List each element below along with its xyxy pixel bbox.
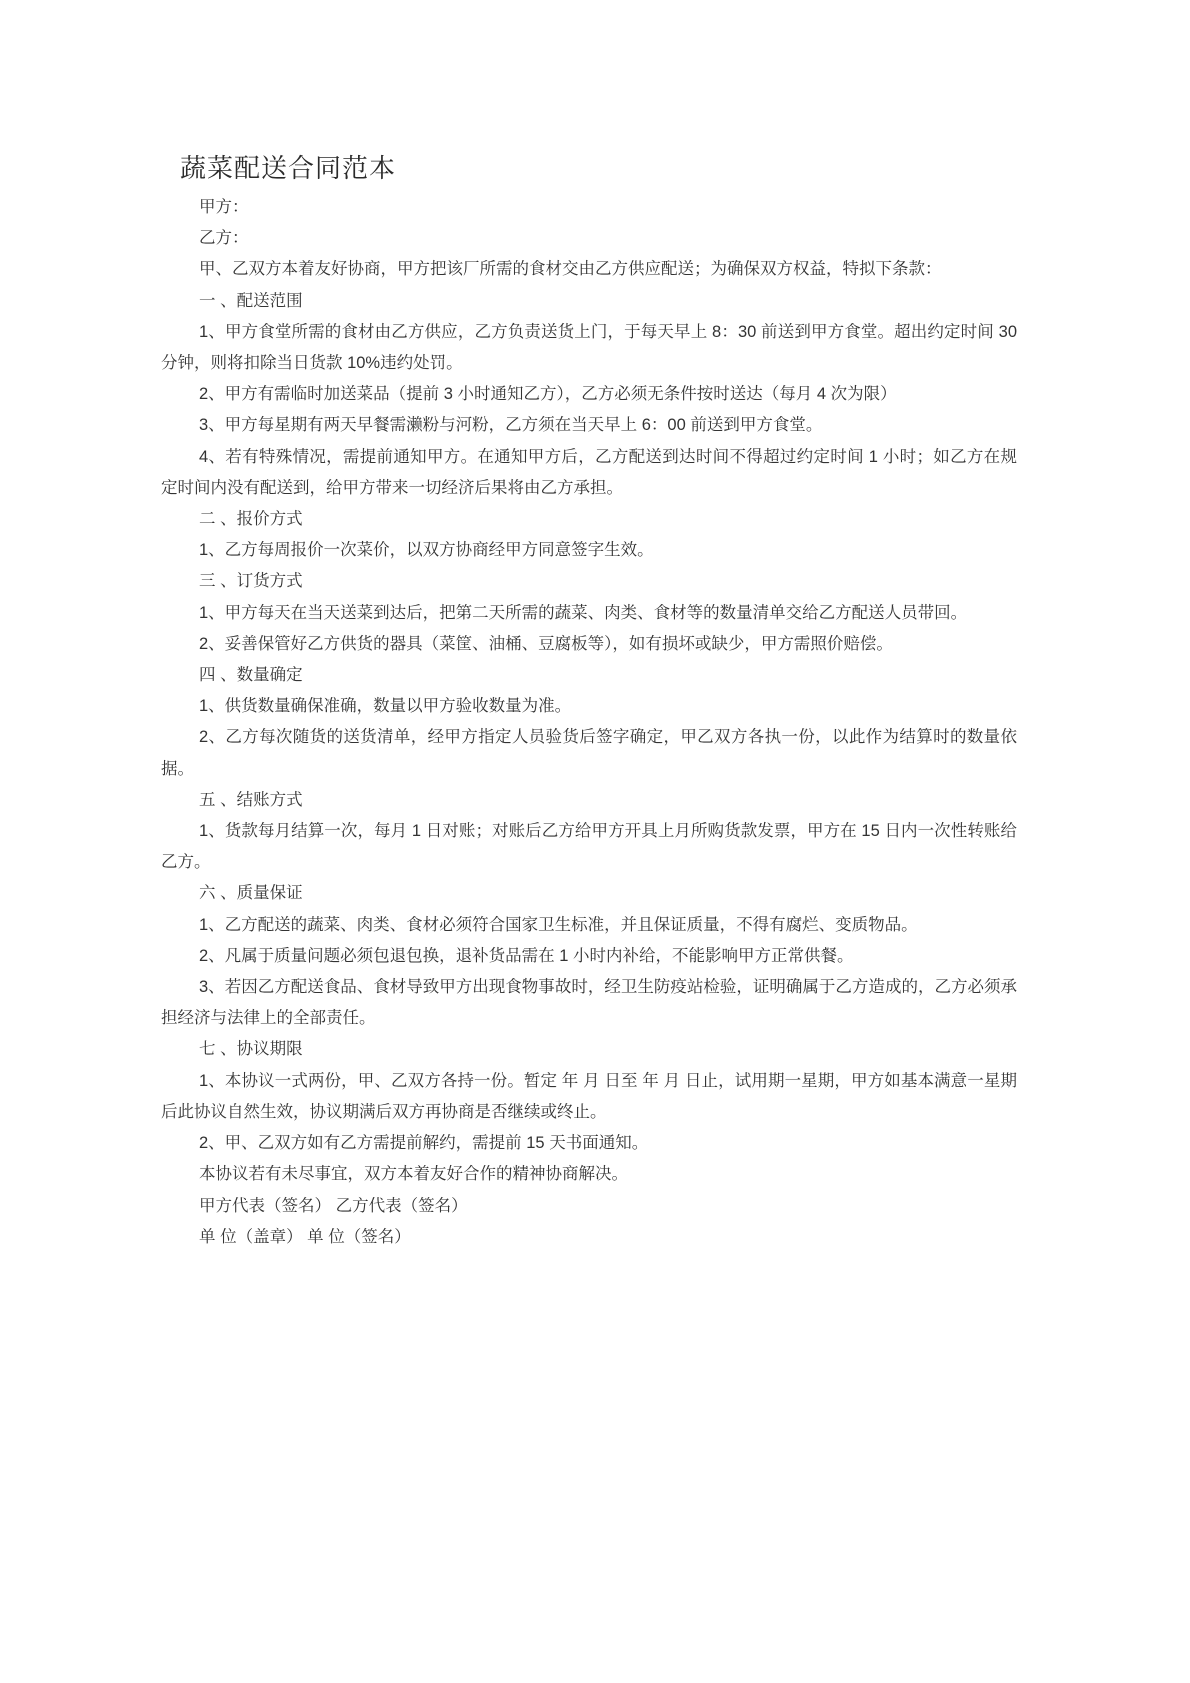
paragraph: 五 、结账方式 xyxy=(161,785,1017,816)
paragraph: 1、本协议一式两份，甲、乙双方各持一份。暂定 年 月 日至 年 月 日止，试用期… xyxy=(161,1066,1017,1128)
paragraph: 3、若因乙方配送食品、食材导致甲方出现食物事故时，经卫生防疫站检验，证明确属于乙… xyxy=(161,972,1017,1034)
document-page: 蔬菜配送合同范本 甲方：乙方：甲、乙双方本着友好协商，甲方把该厂所需的食材交由乙… xyxy=(0,0,1190,1683)
paragraph: 四 、数量确定 xyxy=(161,660,1017,691)
paragraph: 甲方： xyxy=(161,192,1017,223)
paragraph: 1、乙方配送的蔬菜、肉类、食材必须符合国家卫生标准，并且保证质量，不得有腐烂、变… xyxy=(161,910,1017,941)
paragraph: 2、甲、乙双方如有乙方需提前解约，需提前 15 天书面通知。 xyxy=(161,1128,1017,1159)
paragraph: 本协议若有未尽事宜，双方本着友好合作的精神协商解决。 xyxy=(161,1159,1017,1190)
paragraph: 1、乙方每周报价一次菜价，以双方协商经甲方同意签字生效。 xyxy=(161,535,1017,566)
document-title: 蔬菜配送合同范本 xyxy=(161,152,1017,186)
paragraph: 3、甲方每星期有两天早餐需濑粉与河粉，乙方须在当天早上 6：00 前送到甲方食堂… xyxy=(161,410,1017,441)
paragraph: 1、甲方每天在当天送菜到达后，把第二天所需的蔬菜、肉类、食材等的数量清单交给乙方… xyxy=(161,598,1017,629)
paragraph: 甲、乙双方本着友好协商，甲方把该厂所需的食材交由乙方供应配送；为确保双方权益，特… xyxy=(161,254,1017,285)
paragraph: 甲方代表（签名） 乙方代表（签名） xyxy=(161,1191,1017,1222)
paragraph: 二 、报价方式 xyxy=(161,504,1017,535)
paragraph: 1、甲方食堂所需的食材由乙方供应，乙方负责送货上门，于每天早上 8：30 前送到… xyxy=(161,317,1017,379)
paragraph: 1、供货数量确保准确，数量以甲方验收数量为准。 xyxy=(161,691,1017,722)
paragraph: 三 、订货方式 xyxy=(161,566,1017,597)
paragraph: 一 、配送范围 xyxy=(161,286,1017,317)
paragraph: 1、货款每月结算一次，每月 1 日对账；对账后乙方给甲方开具上月所购货款发票，甲… xyxy=(161,816,1017,878)
paragraph: 2、甲方有需临时加送菜品（提前 3 小时通知乙方），乙方必须无条件按时送达（每月… xyxy=(161,379,1017,410)
document-body: 甲方：乙方：甲、乙双方本着友好协商，甲方把该厂所需的食材交由乙方供应配送；为确保… xyxy=(161,192,1017,1253)
paragraph: 2、乙方每次随货的送货清单，经甲方指定人员验货后签字确定，甲乙双方各执一份，以此… xyxy=(161,722,1017,784)
paragraph: 2、凡属于质量问题必须包退包换，退补货品需在 1 小时内补给，不能影响甲方正常供… xyxy=(161,941,1017,972)
paragraph: 单 位（盖章） 单 位（签名） xyxy=(161,1222,1017,1253)
paragraph: 乙方： xyxy=(161,223,1017,254)
paragraph: 七 、协议期限 xyxy=(161,1034,1017,1065)
document-content: 蔬菜配送合同范本 甲方：乙方：甲、乙双方本着友好协商，甲方把该厂所需的食材交由乙… xyxy=(161,152,1017,1253)
paragraph: 4、若有特殊情况，需提前通知甲方。在通知甲方后，乙方配送到达时间不得超过约定时间… xyxy=(161,442,1017,504)
paragraph: 2、妥善保管好乙方供货的器具（菜筐、油桶、豆腐板等），如有损坏或缺少，甲方需照价… xyxy=(161,629,1017,660)
paragraph: 六 、质量保证 xyxy=(161,878,1017,909)
